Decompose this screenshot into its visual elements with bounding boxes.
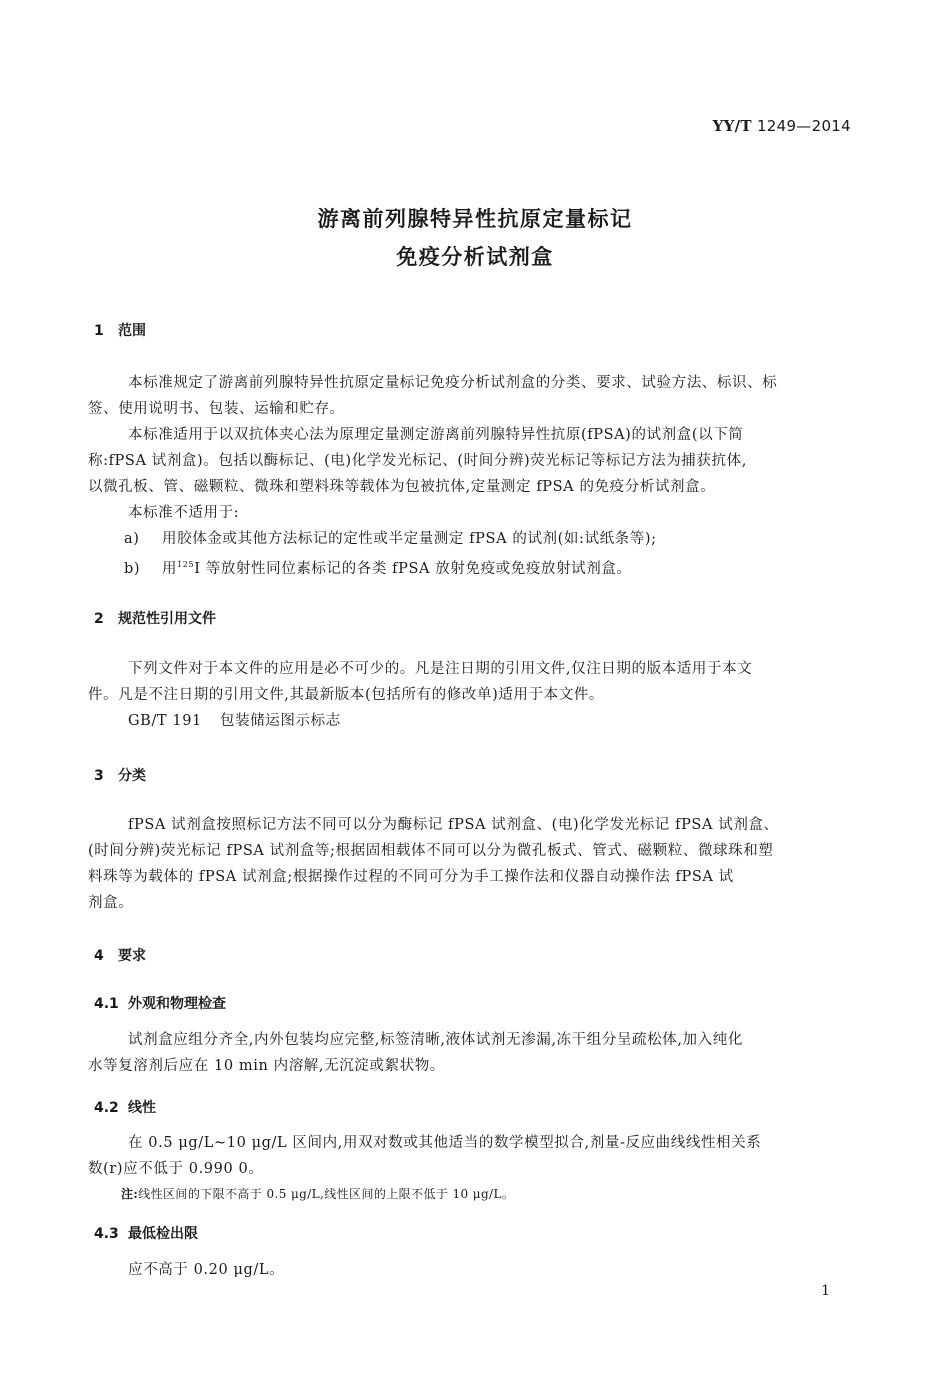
list-label: a) xyxy=(124,526,162,552)
section-number: 4.2 xyxy=(94,1100,128,1116)
section-4-2-heading: 4.2线性 xyxy=(94,1097,156,1117)
section-number: 4 xyxy=(94,948,118,964)
section-number: 2 xyxy=(94,611,118,627)
section-title: 线性 xyxy=(128,1100,156,1116)
section-title: 分类 xyxy=(118,768,146,784)
text-line: 以微孔板、管、磁颗粒、微珠和塑料珠等载体为包被抗体,定量测定 fPSA 的免疫分… xyxy=(88,474,854,500)
text-line: 应不高于 0.20 μg/L。 xyxy=(88,1257,854,1283)
text-line: 件。凡是不注日期的引用文件,其最新版本(包括所有的修改单)适用于本文件。 xyxy=(88,682,854,708)
document-title-line2: 免疫分析试剂盒 xyxy=(0,241,950,271)
standard-prefix: YY/T xyxy=(713,117,752,135)
section-4-2-note: 注:线性区间的下限不高于 0.5 μg/L,线性区间的上限不低于 10 μg/L… xyxy=(121,1185,514,1202)
standard-number: YY/T 1249—2014 xyxy=(713,117,851,135)
text-line: 剂盒。 xyxy=(88,890,854,916)
reference-title: 包装储运图示标志 xyxy=(220,713,341,729)
section-4-3-paragraph-1: 应不高于 0.20 μg/L。 xyxy=(88,1257,854,1283)
text-line: (时间分辨)荧光标记 fPSA 试剂盒等;根据固相载体不同可以分为微孔板式、管式… xyxy=(88,838,854,864)
text-line: 水等复溶剂后应在 10 min 内溶解,无沉淀或絮状物。 xyxy=(88,1053,854,1079)
section-3-heading: 3分类 xyxy=(94,765,146,785)
text-line: a)用胶体金或其他方法标记的定性或半定量测定 fPSA 的试剂(如:试纸条等); xyxy=(124,526,890,552)
text-line: 在 0.5 μg/L~10 μg/L 区间内,用双对数或其他适当的数学模型拟合,… xyxy=(88,1130,854,1156)
section-number: 3 xyxy=(94,768,118,784)
text-line: 本标准不适用于: xyxy=(88,500,854,526)
text-line: fPSA 试剂盒按照标记方法不同可以分为酶标记 fPSA 试剂盒、(电)化学发光… xyxy=(88,812,854,838)
section-number: 1 xyxy=(94,323,118,339)
reference-code: GB/T 191 xyxy=(128,708,220,734)
list-text: 用 xyxy=(162,561,177,577)
section-2-paragraph-1: 下列文件对于本文件的应用是必不可少的。凡是注日期的引用文件,仅注日期的版本适用于… xyxy=(88,656,854,708)
text-line: 下列文件对于本文件的应用是必不可少的。凡是注日期的引用文件,仅注日期的版本适用于… xyxy=(88,656,854,682)
section-title: 最低检出限 xyxy=(128,1226,198,1242)
list-label: b) xyxy=(124,556,162,582)
section-4-1-paragraph-1: 试剂盒应组分齐全,内外包装均应完整,标签清晰,液体试剂无渗漏,冻干组分呈疏松体,… xyxy=(88,1027,854,1079)
text-line: 本标准适用于以双抗体夹心法为原理定量测定游离前列腺特异性抗原(fPSA)的试剂盒… xyxy=(88,422,854,448)
note-label: 注: xyxy=(121,1187,138,1201)
section-number: 4.3 xyxy=(94,1226,128,1242)
section-1-heading: 1范围 xyxy=(94,320,146,340)
section-2-heading: 2规范性引用文件 xyxy=(94,608,216,628)
section-4-2-paragraph-1: 在 0.5 μg/L~10 μg/L 区间内,用双对数或其他适当的数学模型拟合,… xyxy=(88,1130,854,1182)
text-line: GB/T 191包装储运图示标志 xyxy=(128,708,894,734)
section-3-paragraph-1: fPSA 试剂盒按照标记方法不同可以分为酶标记 fPSA 试剂盒、(电)化学发光… xyxy=(88,812,854,916)
list-item-a: a)用胶体金或其他方法标记的定性或半定量测定 fPSA 的试剂(如:试纸条等); xyxy=(124,526,890,552)
isotope-superscript: 125 xyxy=(177,560,194,569)
section-1-paragraph-2: 本标准适用于以双抗体夹心法为原理定量测定游离前列腺特异性抗原(fPSA)的试剂盒… xyxy=(88,422,854,500)
page-number: 1 xyxy=(821,1283,830,1299)
section-1-paragraph-1: 本标准规定了游离前列腺特异性抗原定量标记免疫分析试剂盒的分类、要求、试验方法、标… xyxy=(88,370,854,422)
section-title: 外观和物理检查 xyxy=(128,996,226,1012)
section-title: 范围 xyxy=(118,323,146,339)
text-line: 本标准规定了游离前列腺特异性抗原定量标记免疫分析试剂盒的分类、要求、试验方法、标… xyxy=(88,370,854,396)
text-line: 签、使用说明书、包装、运输和贮存。 xyxy=(88,396,854,422)
section-number: 4.1 xyxy=(94,996,128,1012)
section-title: 要求 xyxy=(118,948,146,964)
text-line: b)用125I 等放射性同位素标记的各类 fPSA 放射免疫或免疫放射试剂盒。 xyxy=(124,552,890,582)
text-line: 试剂盒应组分齐全,内外包装均应完整,标签清晰,液体试剂无渗漏,冻干组分呈疏松体,… xyxy=(88,1027,854,1053)
text-line: 料珠等为载体的 fPSA 试剂盒;根据操作过程的不同可分为手工操作法和仪器自动操… xyxy=(88,864,854,890)
text-line: 称:fPSA 试剂盒)。包括以酶标记、(电)化学发光标记、(时间分辨)荧光标记等… xyxy=(88,448,854,474)
document-title-line1: 游离前列腺特异性抗原定量标记 xyxy=(0,203,950,233)
list-text: 用胶体金或其他方法标记的定性或半定量测定 fPSA 的试剂(如:试纸条等); xyxy=(162,531,657,547)
section-4-1-heading: 4.1外观和物理检查 xyxy=(94,993,226,1013)
section-1-paragraph-3: 本标准不适用于: xyxy=(88,500,854,526)
section-4-3-heading: 4.3最低检出限 xyxy=(94,1223,198,1243)
normative-reference: GB/T 191包装储运图示标志 xyxy=(128,708,894,734)
note-text: 线性区间的下限不高于 0.5 μg/L,线性区间的上限不低于 10 μg/L。 xyxy=(138,1187,514,1201)
list-item-b: b)用125I 等放射性同位素标记的各类 fPSA 放射免疫或免疫放射试剂盒。 xyxy=(124,552,890,582)
standard-code: 1249—2014 xyxy=(757,117,851,135)
section-title: 规范性引用文件 xyxy=(118,611,216,627)
text-line: 数(r)应不低于 0.990 0。 xyxy=(88,1156,854,1182)
section-4-heading: 4要求 xyxy=(94,945,146,965)
list-text: I 等放射性同位素标记的各类 fPSA 放射免疫或免疫放射试剂盒。 xyxy=(194,561,631,577)
